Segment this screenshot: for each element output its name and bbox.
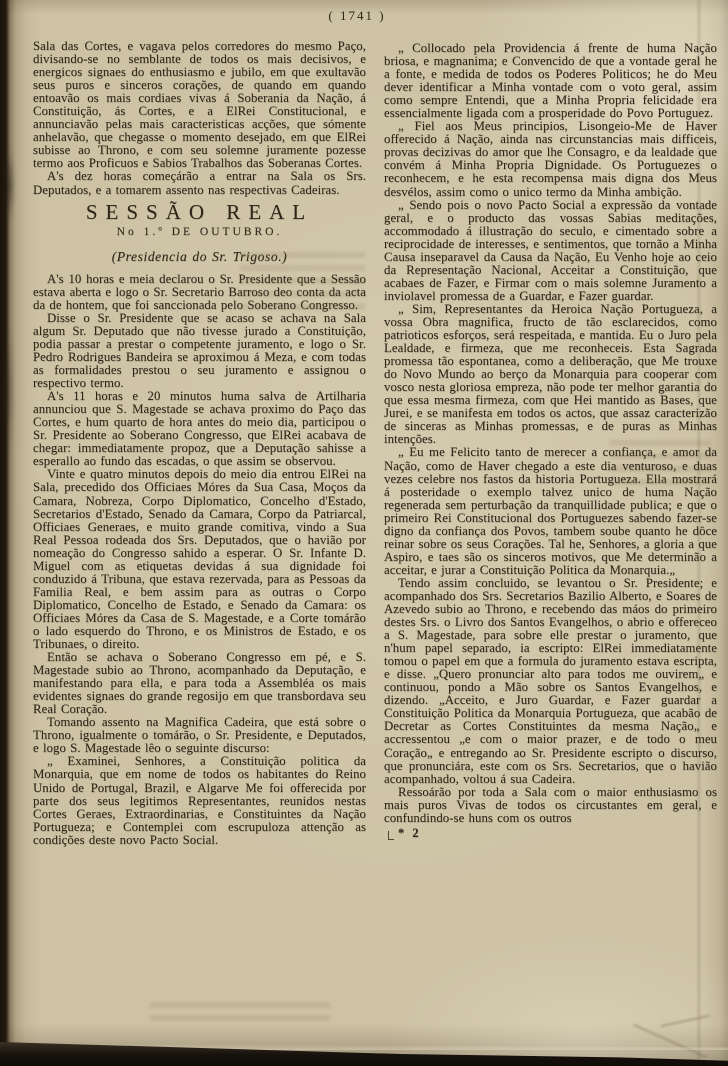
paragraph: A's 10 horas e meia declarou o Sr. Presi… xyxy=(33,273,366,312)
paper-stain xyxy=(0,330,13,450)
right-column: „ Collocado pela Providencia á frente de… xyxy=(384,42,717,843)
royal-speech-paragraph: „ Sim, Representantes da Heroica Nação P… xyxy=(384,303,717,447)
paragraph: Tendo assim concluido, se levantou o Sr.… xyxy=(384,577,717,786)
royal-speech-paragraph: „ Examinei, Senhores, a Constituição pol… xyxy=(33,755,366,846)
paper-wrinkle xyxy=(660,1015,709,1027)
ink-bleedthrough xyxy=(150,1002,330,1026)
scan-backing-shadow xyxy=(0,1042,728,1066)
paragraph: A's dez horas começárão a entrar na Sala… xyxy=(33,170,366,196)
presidency-line: (Presidencia do Sr. Trigoso.) xyxy=(33,250,366,263)
royal-speech-paragraph: „ Sendo pois o novo Pacto Social a expre… xyxy=(384,199,717,303)
paragraph: Vinte e quatro minutos depois do meio di… xyxy=(33,468,366,651)
paper-wrinkle xyxy=(633,1024,707,1058)
signature-mark: * 2 xyxy=(398,826,421,840)
royal-speech-paragraph: „ Fiel aos Meus principios, Lisongeio-Me… xyxy=(384,120,717,198)
paragraph: Disse o Sr. Presidente que se acaso se a… xyxy=(33,312,366,390)
paragraph: A's 11 horas e 20 minutos huma salva de … xyxy=(33,390,366,468)
paragraph-continuation: Sala das Cortes, e vagava pelos corredor… xyxy=(33,40,366,170)
royal-speech-paragraph: „ Collocado pela Providencia á frente de… xyxy=(384,42,717,120)
paragraph: Então se achava o Soberano Congresso em … xyxy=(33,651,366,716)
paper-stain xyxy=(2,150,15,220)
signature-row: * 2 xyxy=(384,827,717,843)
paragraph: Tomando assento na Magnifica Cadeira, qu… xyxy=(33,716,366,755)
scanned-gazette-page: ( 1741 ) Sala das Cortes, e vagava pelos… xyxy=(0,0,728,1066)
left-column: Sala das Cortes, e vagava pelos corredor… xyxy=(33,40,366,847)
royal-speech-paragraph: „ Eu me Felicito tanto de merecer a conf… xyxy=(384,446,717,576)
page-number: ( 1741 ) xyxy=(297,8,417,24)
corner-bracket-mark xyxy=(388,831,394,840)
session-date: No 1.º DE OUTUBRO. xyxy=(33,226,366,239)
session-heading: SESSÃO REAL xyxy=(33,206,366,219)
paragraph: Ressoárão por toda a Sala com o maior en… xyxy=(384,786,717,825)
